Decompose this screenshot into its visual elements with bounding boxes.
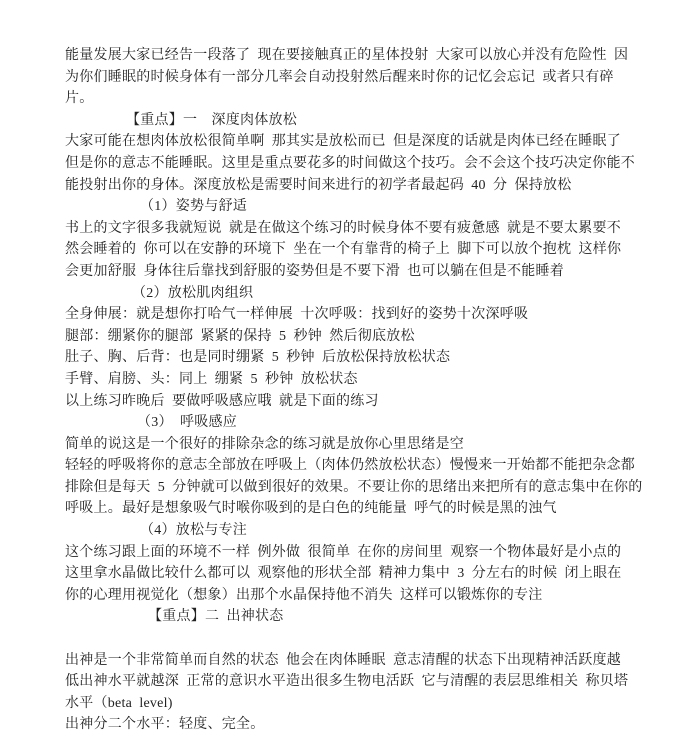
- text-line: 轻轻的呼吸将你的意志全部放在呼吸上（肉体仍然放松状态）慢慢来一开始都不能把杂念都: [65, 455, 628, 477]
- text-line: 这个练习跟上面的环境不一样 例外做 很简单 在你的房间里 观察一个物体最好是小点…: [65, 542, 628, 564]
- text-line: 以上练习昨晚后 要做呼吸感应哦 就是下面的练习: [65, 391, 628, 413]
- text-line: 能投射出你的身体。深度放松是需要时间来进行的初学者最起码 40 分 保持放松: [65, 175, 628, 197]
- text-line: 出神是一个非常简单而自然的状态 他会在肉体睡眠 意志清醒的状态下出现精神活跃度越: [65, 650, 628, 672]
- document-lines: 能量发展大家已经告一段落了 现在要接触真正的星体投射 大家可以放心并没有危险性 …: [65, 45, 628, 733]
- text-line: 呼吸上。最好是想象吸气时喉你吸到的是白色的纯能量 呼气的时候是黑的浊气: [65, 498, 628, 520]
- text-line: 腿部：绷紧你的腿部 紧紧的保持 5 秒钟 然后彻底放松: [65, 326, 628, 348]
- text-line: 简单的说这是一个很好的排除杂念的练习就是放你心里思绪是空: [65, 434, 628, 456]
- text-line: 低出神水平就越深 正常的意识水平造出很多生物电活跃 它与清醒的表层思维相关 称贝…: [65, 671, 628, 693]
- text-line: 但是你的意志不能睡眠。这里是重点要花多的时间做这个技巧。会不会这个技巧决定你能不: [65, 153, 628, 175]
- section-heading: （2）放松肌肉组织: [65, 283, 628, 305]
- document-page: 能量发展大家已经告一段落了 现在要接触真正的星体投射 大家可以放心并没有危险性 …: [0, 0, 686, 733]
- text-line: 水平（beta level): [65, 693, 628, 715]
- section-heading: （3） 呼吸感应: [65, 412, 628, 434]
- section-heading: 【重点】一 深度肉体放松: [65, 110, 628, 132]
- text-line: 这里拿水晶做比较什么都可以 观察他的形状全部 精神力集中 3 分左右的时候 闭上…: [65, 563, 628, 585]
- text-line: 大家可能在想肉体放松很简单啊 那其实是放松而已 但是深度的话就是肉体已经在睡眠了: [65, 131, 628, 153]
- text-line: 为你们睡眠的时候身体有一部分几率会自动投射然后醒来时你的记忆会忘记 或者只有碎: [65, 67, 628, 89]
- text-line: 片。: [65, 88, 628, 110]
- text-line: 全身伸展：就是想你打哈气一样伸展 十次呼吸：找到好的姿势十次深呼吸: [65, 304, 628, 326]
- section-heading: （4）放松与专注: [65, 520, 628, 542]
- text-line: 能量发展大家已经告一段落了 现在要接触真正的星体投射 大家可以放心并没有危险性 …: [65, 45, 628, 67]
- text-line: 你的心理用视觉化（想象）出那个水晶保持他不消失 这样可以锻炼你的专注: [65, 585, 628, 607]
- section-heading: （1）姿势与舒适: [65, 196, 628, 218]
- text-line: 然会睡着的 你可以在安静的环境下 坐在一个有靠背的椅子上 脚下可以放个抱枕 这样…: [65, 239, 628, 261]
- text-line: 排除但是每天 5 分钟就可以做到很好的效果。不要让你的思绪出来把所有的意志集中在…: [65, 477, 628, 499]
- text-line: 书上的文字很多我就短说 就是在做这个练习的时候身体不要有疲惫感 就是不要太累要不: [65, 218, 628, 240]
- text-line: 会更加舒服 身体往后靠找到舒服的姿势但是不要下滑 也可以躺在但是不能睡着: [65, 261, 628, 283]
- text-line: 出神分二个水平：轻度、完全。: [65, 714, 628, 733]
- section-heading: 【重点】二 出神状态: [65, 606, 628, 628]
- text-line: 肚子、胸、后背：也是同时绷紧 5 秒钟 后放松保持放松状态: [65, 347, 628, 369]
- text-line: 手臂、肩膀、头：同上 绷紧 5 秒钟 放松状态: [65, 369, 628, 391]
- blank-line: [65, 628, 628, 650]
